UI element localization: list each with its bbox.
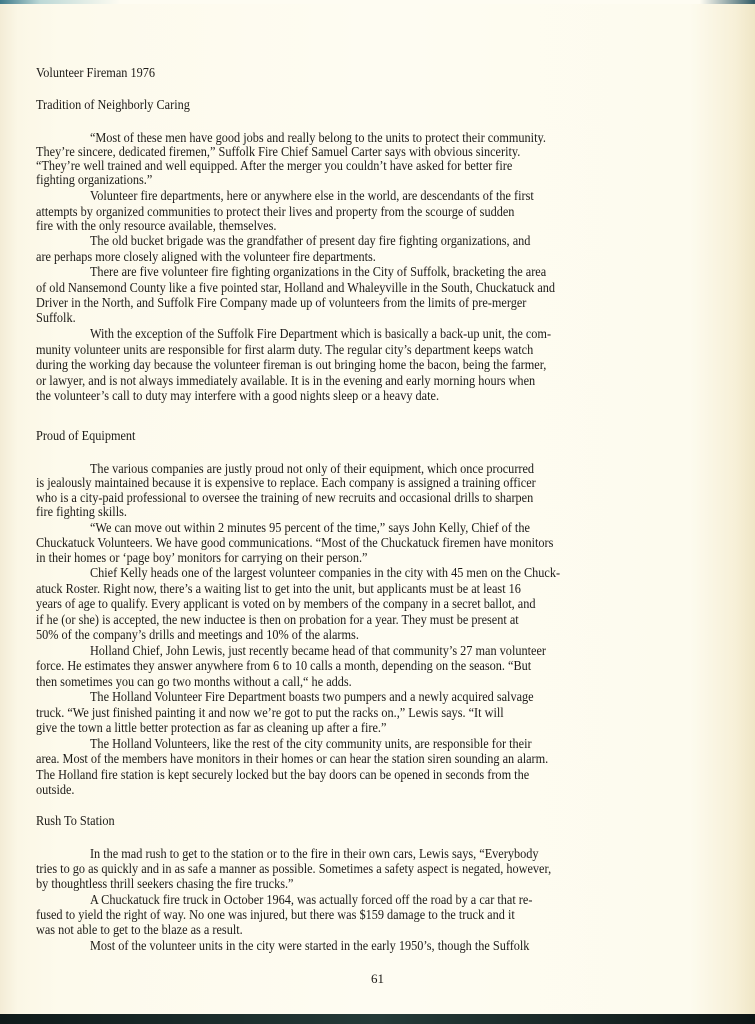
- page-number: 61: [0, 971, 755, 987]
- text-line: The old bucket brigade was the grandfath…: [90, 234, 530, 247]
- text-line: is jealously maintained because it is ex…: [36, 476, 536, 489]
- text-line: Chief Kelly heads one of the largest vol…: [90, 566, 560, 579]
- text-line: fire fighting skills.: [36, 505, 127, 518]
- text-line: munity volunteer units are responsible f…: [36, 343, 533, 356]
- text-line: The Holland fire station is kept securel…: [36, 768, 529, 781]
- section-heading: Proud of Equipment: [36, 429, 135, 442]
- document-title: Volunteer Fireman 1976: [36, 66, 155, 79]
- text-line: fighting organizations.”: [36, 173, 152, 186]
- text-line: Volunteer fire departments, here or anyw…: [90, 189, 534, 202]
- text-line: The Holland Volunteer Fire Department bo…: [90, 690, 534, 703]
- text-line: of old Nansemond County like a five poin…: [36, 281, 555, 294]
- text-line: They’re sincere, dedicated firemen,” Suf…: [36, 145, 520, 158]
- text-line: truck. “We just finished painting it and…: [36, 706, 504, 719]
- text-line: The various companies are justly proud n…: [90, 462, 534, 475]
- scan-edge: [0, 1014, 755, 1024]
- book-page: Volunteer Fireman 1976 Tradition of Neig…: [0, 0, 755, 1014]
- text-line: Driver in the North, and Suffolk Fire Co…: [36, 296, 526, 309]
- text-line: fire with the only resource available, t…: [36, 219, 276, 232]
- text-line: “They’re well trained and well equipped.…: [36, 159, 512, 172]
- text-line: was not able to get to the blaze as a re…: [36, 923, 243, 936]
- text-line: fused to yield the right of way. No one …: [36, 908, 515, 921]
- text-line: Holland Chief, John Lewis, just recently…: [90, 644, 546, 657]
- text-line: force. He estimates they answer anywhere…: [36, 659, 531, 672]
- text-line: A Chuckatuck fire truck in October 1964,…: [90, 893, 532, 906]
- text-line: attempts by organized communities to pro…: [36, 205, 514, 218]
- text-line: the volunteer’s call to duty may interfe…: [36, 389, 439, 402]
- text-line: area. Most of the members have monitors …: [36, 752, 548, 765]
- section-heading: Tradition of Neighborly Caring: [36, 98, 190, 111]
- text-line: if he (or she) is accepted, the new indu…: [36, 613, 519, 626]
- text-line: Most of the volunteer units in the city …: [90, 939, 530, 952]
- text-line: In the mad rush to get to the station or…: [90, 847, 539, 860]
- text-line: Suffolk.: [36, 311, 76, 324]
- text-line: by thoughtless thrill seekers chasing th…: [36, 877, 293, 890]
- text-line: years of age to qualify. Every applicant…: [36, 597, 535, 610]
- text-line: who is a city-paid professional to overs…: [36, 491, 533, 504]
- text-line: tries to go as quickly and in as safe a …: [36, 862, 551, 875]
- text-line: Chuckatuck Volunteers. We have good comm…: [36, 536, 553, 549]
- text-line: give the town a little better protection…: [36, 721, 386, 734]
- text-line: during the working day because the volun…: [36, 358, 546, 371]
- text-line: With the exception of the Suffolk Fire D…: [90, 327, 551, 340]
- text-line: There are five volunteer fire fighting o…: [90, 265, 546, 278]
- text-line: 50% of the company’s drills and meetings…: [36, 628, 359, 641]
- text-line: are perhaps more closely aligned with th…: [36, 250, 376, 263]
- text-line: The Holland Volunteers, like the rest of…: [90, 737, 532, 750]
- text-line: outside.: [36, 783, 75, 796]
- text-line: in their homes or ‘page boy’ monitors fo…: [36, 551, 368, 564]
- text-line: atuck Roster. Right now, there’s a waiti…: [36, 582, 521, 595]
- text-line: then sometimes you can go two months wit…: [36, 675, 352, 688]
- text-line: “We can move out within 2 minutes 95 per…: [90, 521, 530, 534]
- section-heading: Rush To Station: [36, 814, 115, 827]
- text-line: “Most of these men have good jobs and re…: [90, 131, 546, 144]
- text-line: or lawyer, and is not always immediately…: [36, 374, 535, 387]
